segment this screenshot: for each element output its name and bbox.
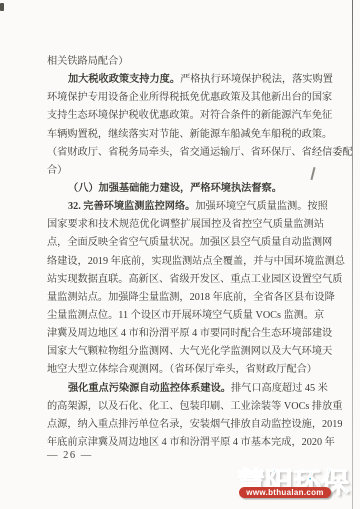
text-line: 的高架源，以及石化、化工、包装印刷、工业涂装等 VOCs 排放重: [47, 398, 324, 416]
text-line: （省财政厅、省税务局牵头，省交通运输厅、省环保厅、省经信委配: [47, 144, 324, 162]
text-line: 津冀及周边地区 4 市和汾渭平原 4 市要同时配合生态环境部建设: [47, 325, 324, 343]
bold-text-segment: 强化重点污染源自动监控体系建设。: [68, 383, 231, 394]
text-segment: 排气口高度超过 45 米: [231, 383, 328, 394]
text-segment: （省财政厅、省税务局牵头，省交通运输厅、省环保厅、省经信委配: [47, 147, 353, 158]
text-line: 国家要求和技术规范优化调整扩展国控及省控空气质量监测站: [47, 216, 324, 234]
text-segment: 点，全面反映全省空气质量状况。加强区县空气质量自动监测网: [47, 237, 332, 248]
page-number: — 26 —: [47, 450, 93, 461]
text-line: 相关铁路局配合）: [47, 53, 324, 71]
text-line: 国家大气颗粒物组分监测网、大气光化学监测网以及大气环境天: [47, 343, 324, 361]
text-line: 地空大型立体综合观测网。（省环保厅牵头，省财政厅配合）: [47, 361, 324, 379]
text-segment: 年底前京津冀及周边地区 4 市和汾渭平原 4 市基本完成，2020 年: [47, 437, 335, 448]
text-segment: 支持生态环境保护税收优惠政策。对符合条件的新能源汽车免征: [47, 110, 332, 121]
brand-url-badge: www.bthualan.com: [239, 487, 331, 498]
text-line: 32. 完善环境监测监控网络。加强环境空气质量监测。按照: [47, 198, 324, 216]
text-segment: 相关铁路局配合）: [47, 56, 129, 67]
text-line: 点，全面反映全省空气质量状况。加强区县空气质量自动监测网: [47, 234, 324, 252]
text-segment: 地空大型立体综合观测网。（省环保厅牵头，省财政厅配合）: [47, 364, 317, 375]
text-line: 点源，纳入重点排污单位名录，安装烟气排放自动监控设施，2019: [47, 416, 324, 434]
text-segment: 环境保护专用设备企业所得税抵免优惠政策及其他新出台的国家: [47, 92, 332, 103]
text-line: 强化重点污染源自动监控体系建设。排气口高度超过 45 米: [47, 380, 324, 398]
text-line: 环境保护专用设备企业所得税抵免优惠政策及其他新出台的国家: [47, 89, 324, 107]
bold-text-segment: （八）加强基础能力建设，严格环境执法督察。: [68, 183, 282, 194]
scanned-document-page: 相关铁路局配合）加大税收政策支持力度。严格执行环境保护税法，落实购置环境保护专用…: [0, 0, 360, 509]
text-segment: 尘量监测点位。11 个设区市开展环境空气质量 VOCs 监测。京: [47, 310, 324, 321]
text-segment: 的高架源，以及石化、化工、包装印刷、工业涂装等 VOCs 排放重: [47, 401, 342, 412]
text-segment: 车辆购置税，继续落实对节能、新能源车船减免车船税的政策。: [47, 129, 332, 140]
bold-text-segment: 32. 完善环境监测监控网络。: [68, 201, 195, 212]
text-line: 量监测站点。加强降尘量监测，2018 年底前，全省各区县布设降: [47, 289, 324, 307]
text-segment: 站实现数据直联。高新区、省级开发区、重点工业园区设置空气质: [47, 274, 342, 285]
text-line: 合）: [47, 162, 324, 180]
text-line: 尘量监测点位。11 个设区市开展环境空气质量 VOCs 监测。京: [47, 307, 324, 325]
text-segment: 合）: [47, 165, 67, 176]
text-line: （八）加强基础能力建设，严格环境执法督察。: [47, 180, 324, 198]
text-line: 站实现数据直联。高新区、省级开发区、重点工业园区设置空气质: [47, 271, 324, 289]
text-line: 支持生态环境保护税收优惠政策。对符合条件的新能源汽车免征: [47, 107, 324, 125]
bold-text-segment: 加大税收政策支持力度。: [68, 74, 180, 85]
text-segment: 加强环境空气质量监测。按照: [195, 201, 327, 212]
text-segment: 津冀及周边地区 4 市和汾渭平原 4 市要同时配合生态环境部建设: [47, 328, 332, 339]
text-block: 相关铁路局配合）加大税收政策支持力度。严格执行环境保护税法，落实购置环境保护专用…: [47, 53, 324, 452]
text-segment: 国家要求和技术规范优化调整扩展国控及省控空气质量监测站: [47, 219, 324, 230]
text-segment: 严格执行环境保护税法，落实购置: [180, 74, 333, 85]
text-segment: 国家大气颗粒物组分监测网、大气光化学监测网以及大气环境天: [47, 346, 332, 357]
text-segment: 量监测站点。加强降尘量监测，2018 年底前，全省各区县布设降: [47, 292, 335, 303]
text-line: 加大税收政策支持力度。严格执行环境保护税法，落实购置: [47, 71, 324, 89]
scan-corner-artifact: [0, 3, 4, 11]
text-line: 络建设，2019 年底前，实现监测站点全覆盖，并与中国环境监测总: [47, 253, 324, 271]
text-line: 车辆购置税，继续落实对节能、新能源车船减免车船税的政策。: [47, 126, 324, 144]
text-segment: 络建设，2019 年底前，实现监测站点全覆盖，并与中国环境监测总: [47, 256, 345, 267]
scan-edge-line: [352, 0, 353, 509]
text-segment: 点源，纳入重点排污单位名录，安装烟气排放自动监控设施，2019: [47, 419, 342, 430]
